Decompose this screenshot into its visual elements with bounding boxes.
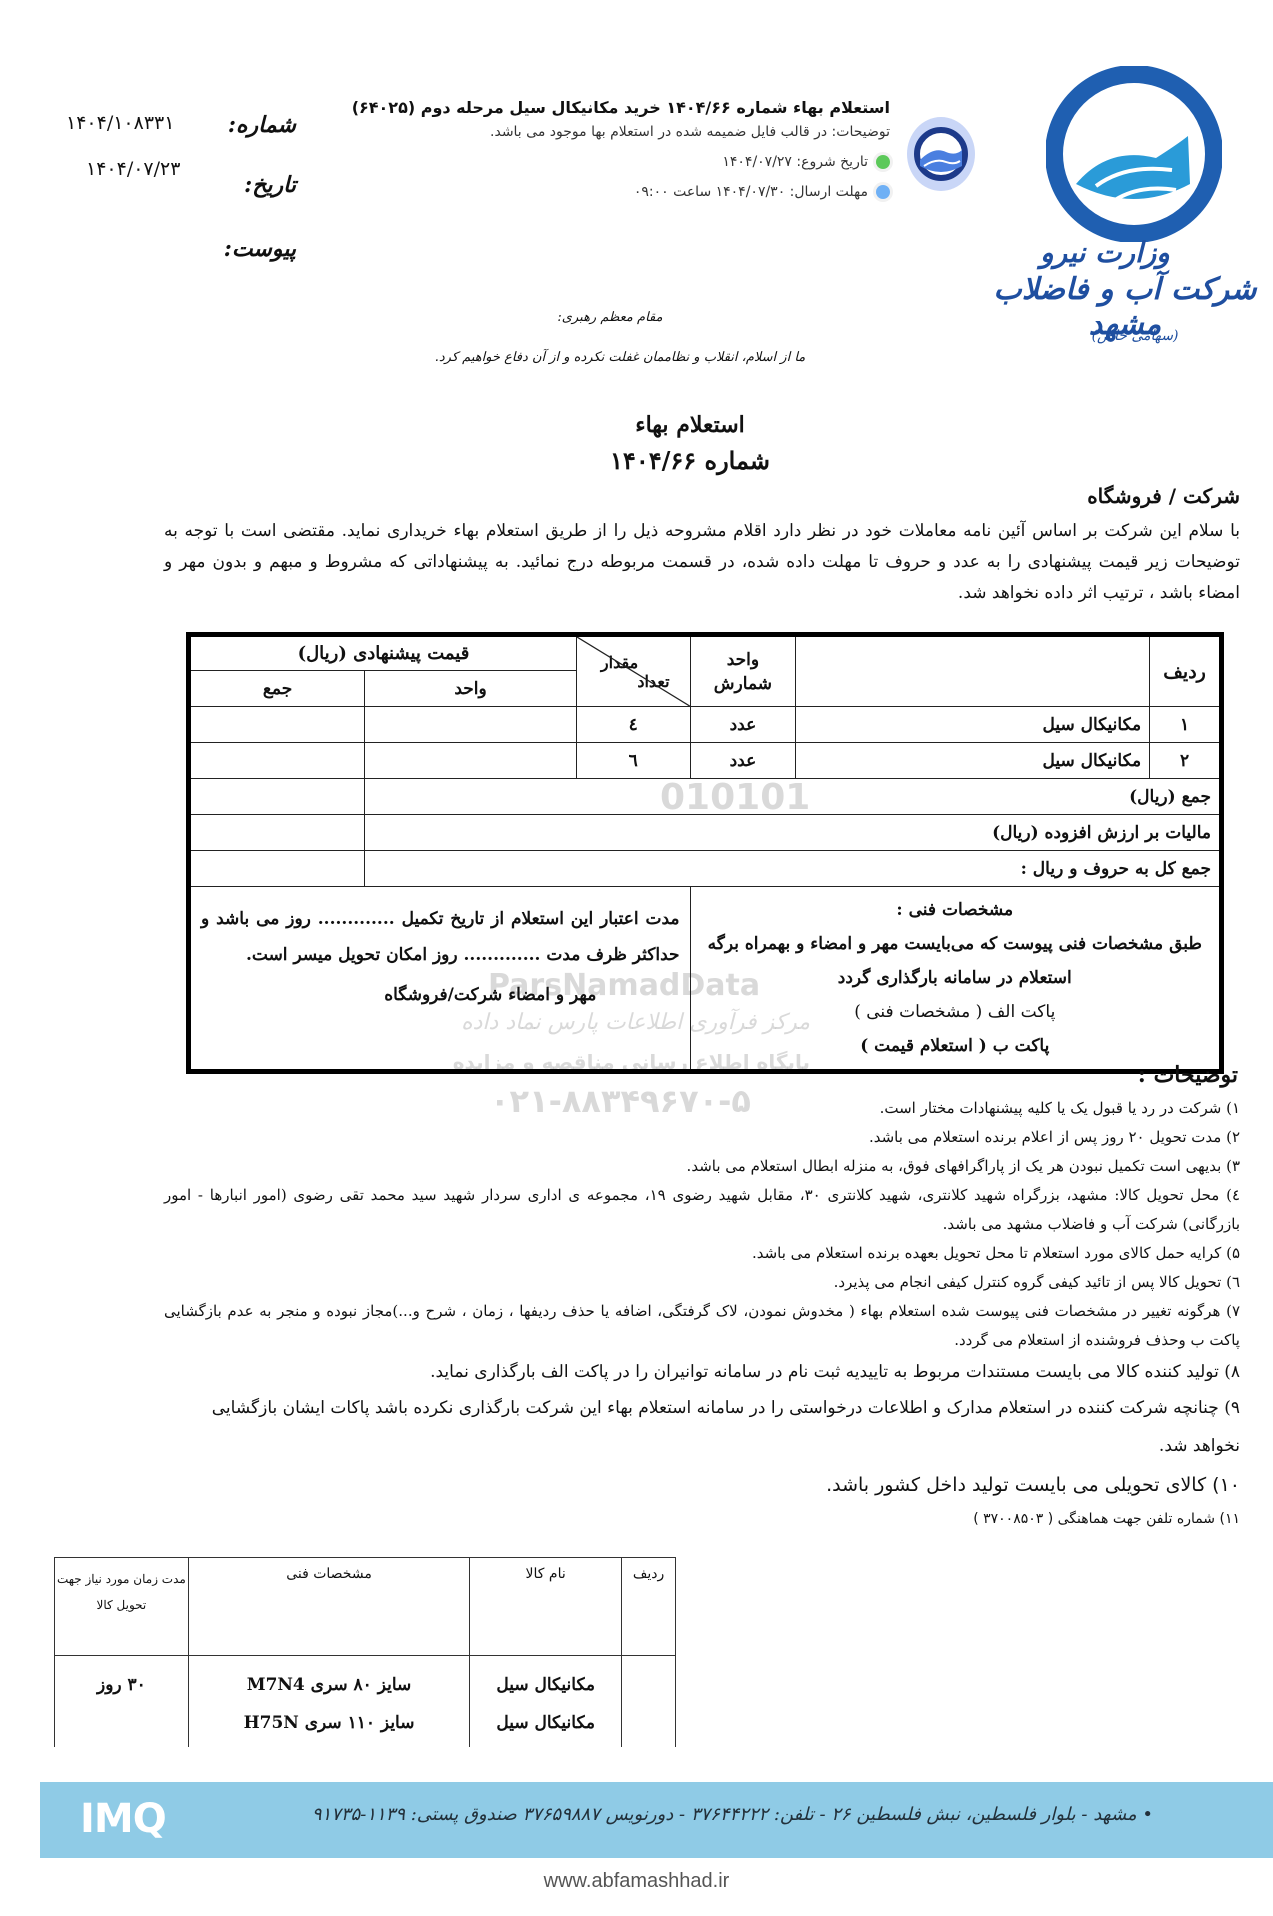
tender-start-date: تاریخ شروع: ۱۴۰۴/۰۷/۲۷ — [330, 154, 890, 170]
spec-name-1: مکانیکال سیل — [471, 1666, 620, 1704]
spec-cell-row — [622, 1656, 676, 1748]
note-item: ۸) تولید کننده کالا می بایست مستندات مرب… — [164, 1355, 1240, 1389]
note-item: ٦) تحویل کالا پس از تائید کیفی گروه کنتر… — [164, 1268, 1240, 1297]
packet-a: پاکت الف ( مشخصات فنی ) — [701, 995, 1209, 1029]
cell-qty: ٤ — [576, 707, 690, 743]
status-dot-blue-icon — [876, 185, 890, 199]
tender-description: توضیحات: در قالب فایل ضمیمه شده در استعل… — [330, 124, 890, 140]
footer-band: IMQ • مشهد - بلوار فلسطین، نبش فلسطین ۲۶… — [40, 1782, 1273, 1858]
abfa-logo-icon — [1046, 66, 1222, 242]
tender-start-date-text: تاریخ شروع: ۱۴۰۴/۰۷/۲۷ — [722, 154, 868, 170]
doc-number: شماره ۱۴۰۴/۶۶ — [560, 446, 820, 475]
vat-value-input[interactable] — [189, 815, 365, 851]
sum-label: جمع (ریال) — [365, 779, 1222, 815]
cell-unit: عدد — [690, 707, 796, 743]
note-item: ۳) بدیهی است تکمیل نبودن هر یک از پاراگر… — [164, 1152, 1240, 1181]
tender-deadline: مهلت ارسال: ۱۴۰۴/۰۷/۳۰ ساعت ۰۹:۰۰ — [330, 184, 890, 200]
spec-th-name: نام کالا — [470, 1558, 622, 1656]
intro-paragraph: با سلام این شرکت بر اساس آئین نامه معامل… — [164, 516, 1240, 609]
cell-qty: ٦ — [576, 743, 690, 779]
price-inquiry-table: ردیف واحد شمارش مقدار تعداد قیمت پیشنهاد… — [186, 632, 1224, 1074]
spec-cell-name: مکانیکال سیل مکانیکال سیل — [470, 1656, 622, 1748]
th-total: جمع — [189, 671, 365, 707]
vat-label: مالیات بر ارزش افزوده (ریال) — [365, 815, 1222, 851]
tender-deadline-text: مهلت ارسال: ۱۴۰۴/۰۷/۳۰ ساعت ۰۹:۰۰ — [634, 184, 868, 200]
tech-spec-text: طبق مشخصات فنی پیوست که می‌بایست مهر و ا… — [701, 927, 1209, 995]
cell-description: مکانیکال سیل — [796, 707, 1150, 743]
note-item: ۲) مدت تحویل ۲۰ روز پس از اعلام برنده اس… — [164, 1123, 1240, 1152]
diagonal-divider-icon — [577, 637, 690, 706]
th-quantity: مقدار تعداد — [576, 635, 690, 707]
table-row: ۲ مکانیکال سیل عدد ٦ — [189, 743, 1222, 779]
water-badge-icon — [906, 116, 976, 192]
grand-total-input[interactable] — [189, 851, 365, 887]
note-item: ٤) محل تحویل کالا: مشهد، بزرگراه شهید کل… — [164, 1181, 1240, 1239]
th-description — [796, 635, 1150, 707]
spec-table: ردیف نام کالا مشخصات فنی مدت زمان مورد ن… — [54, 1557, 676, 1747]
note-item: ۱) شرکت در رد یا قبول یک یا کلیه پیشنهاد… — [164, 1094, 1240, 1123]
cell-unit-price-input[interactable] — [365, 743, 577, 779]
th-row: ردیف — [1150, 635, 1222, 707]
packet-b: پاکت ب ( استعلام قیمت ) — [701, 1029, 1209, 1063]
signature-label: مهر و امضاء شرکت/فروشگاه — [201, 977, 680, 1013]
addressee: شرکت / فروشگاه — [900, 484, 1240, 508]
th-unit: واحد شمارش — [690, 635, 796, 707]
org-type: (سهامی خاص) — [1080, 328, 1190, 344]
spec-th-delivery: مدت زمان مورد نیاز جهت تحویل کالا — [55, 1558, 189, 1656]
letter-date-label: تاریخ: — [236, 172, 296, 198]
grand-total-label: جمع کل به حروف و ریال : — [365, 851, 1222, 887]
sum-value-input[interactable] — [189, 779, 365, 815]
doc-title: استعلام بهاء — [560, 412, 820, 438]
spec-cell-delivery: ۳۰ روز — [55, 1656, 189, 1748]
note-item: ۹) چنانچه شرکت کننده در استعلام مدارک و … — [164, 1389, 1240, 1465]
note-item: ۷) هرگونه تغییر در مشخصات فنی پیوست شده … — [164, 1297, 1240, 1355]
cell-unit: عدد — [690, 743, 796, 779]
tech-spec-title: مشخصات فنی : — [701, 893, 1209, 927]
footer-website-link[interactable]: www.abfamashhad.ir — [0, 1870, 1273, 1893]
spec-name-2: مکانیکال سیل — [471, 1704, 620, 1742]
note-item: ۵) کرایه حمل کالای مورد استعلام تا محل ت… — [164, 1239, 1240, 1268]
table-row: ۱ مکانیکال سیل عدد ٤ — [189, 707, 1222, 743]
tender-title: استعلام بهاء شماره ۱۴۰۴/۶۶ خرید مکانیکال… — [330, 98, 890, 117]
spec-spec-2: سایز ۱۱۰ سری H75N — [190, 1704, 468, 1742]
letter-attachment-label: پیوست: — [226, 236, 296, 262]
quote-text: ما از اسلام، انقلاب و نظاممان غفلت نکرده… — [420, 350, 820, 365]
spec-spec-1: سایز ۸۰ سری M7N4 — [190, 1666, 468, 1704]
notes-list: ۱) شرکت در رد یا قبول یک یا کلیه پیشنهاد… — [164, 1094, 1240, 1534]
th-price-group: قیمت پیشنهادی (ریال) — [189, 635, 577, 671]
cell-description: مکانیکال سیل — [796, 743, 1150, 779]
footer-address: • مشهد - بلوار فلسطین، نبش فلسطین ۲۶ - ت… — [312, 1804, 1153, 1825]
org-ministry: وزارت نیرو — [1000, 236, 1210, 269]
note-item: ۱۱) شماره تلفن جهت هماهنگی ( ۳۷۰۰۸۵۰۳ ) — [164, 1505, 1240, 1534]
letter-number-value: ۱۴۰۴/۱۰۸۳۳۱ — [66, 112, 174, 134]
cell-unit-price-input[interactable] — [365, 707, 577, 743]
spec-th-spec: مشخصات فنی — [188, 1558, 469, 1656]
spec-th-row: ردیف — [622, 1558, 676, 1656]
spec-cell-spec: سایز ۸۰ سری M7N4 سایز ۱۱۰ سری H75N — [188, 1656, 469, 1748]
quote-author: مقام معظم رهبری: — [440, 310, 780, 325]
cell-total-input[interactable] — [189, 707, 365, 743]
status-dot-green-icon — [876, 155, 890, 169]
letter-date-value: ۱۴۰۴/۰۷/۲۳ — [86, 158, 180, 180]
imq-logo: IMQ — [80, 1796, 166, 1842]
cell-row: ۲ — [1150, 743, 1222, 779]
cell-row: ۱ — [1150, 707, 1222, 743]
validity-text: مدت اعتبار این استعلام از تاریخ تکمیل ..… — [201, 901, 680, 973]
note-item: ۱۰) کالای تحویلی می بایست تولید داخل کشو… — [164, 1465, 1240, 1505]
th-unit-price: واحد — [365, 671, 577, 707]
letter-number-label: شماره: — [236, 112, 296, 138]
notes-title: توضیحات : — [1000, 1062, 1238, 1088]
cell-total-input[interactable] — [189, 743, 365, 779]
